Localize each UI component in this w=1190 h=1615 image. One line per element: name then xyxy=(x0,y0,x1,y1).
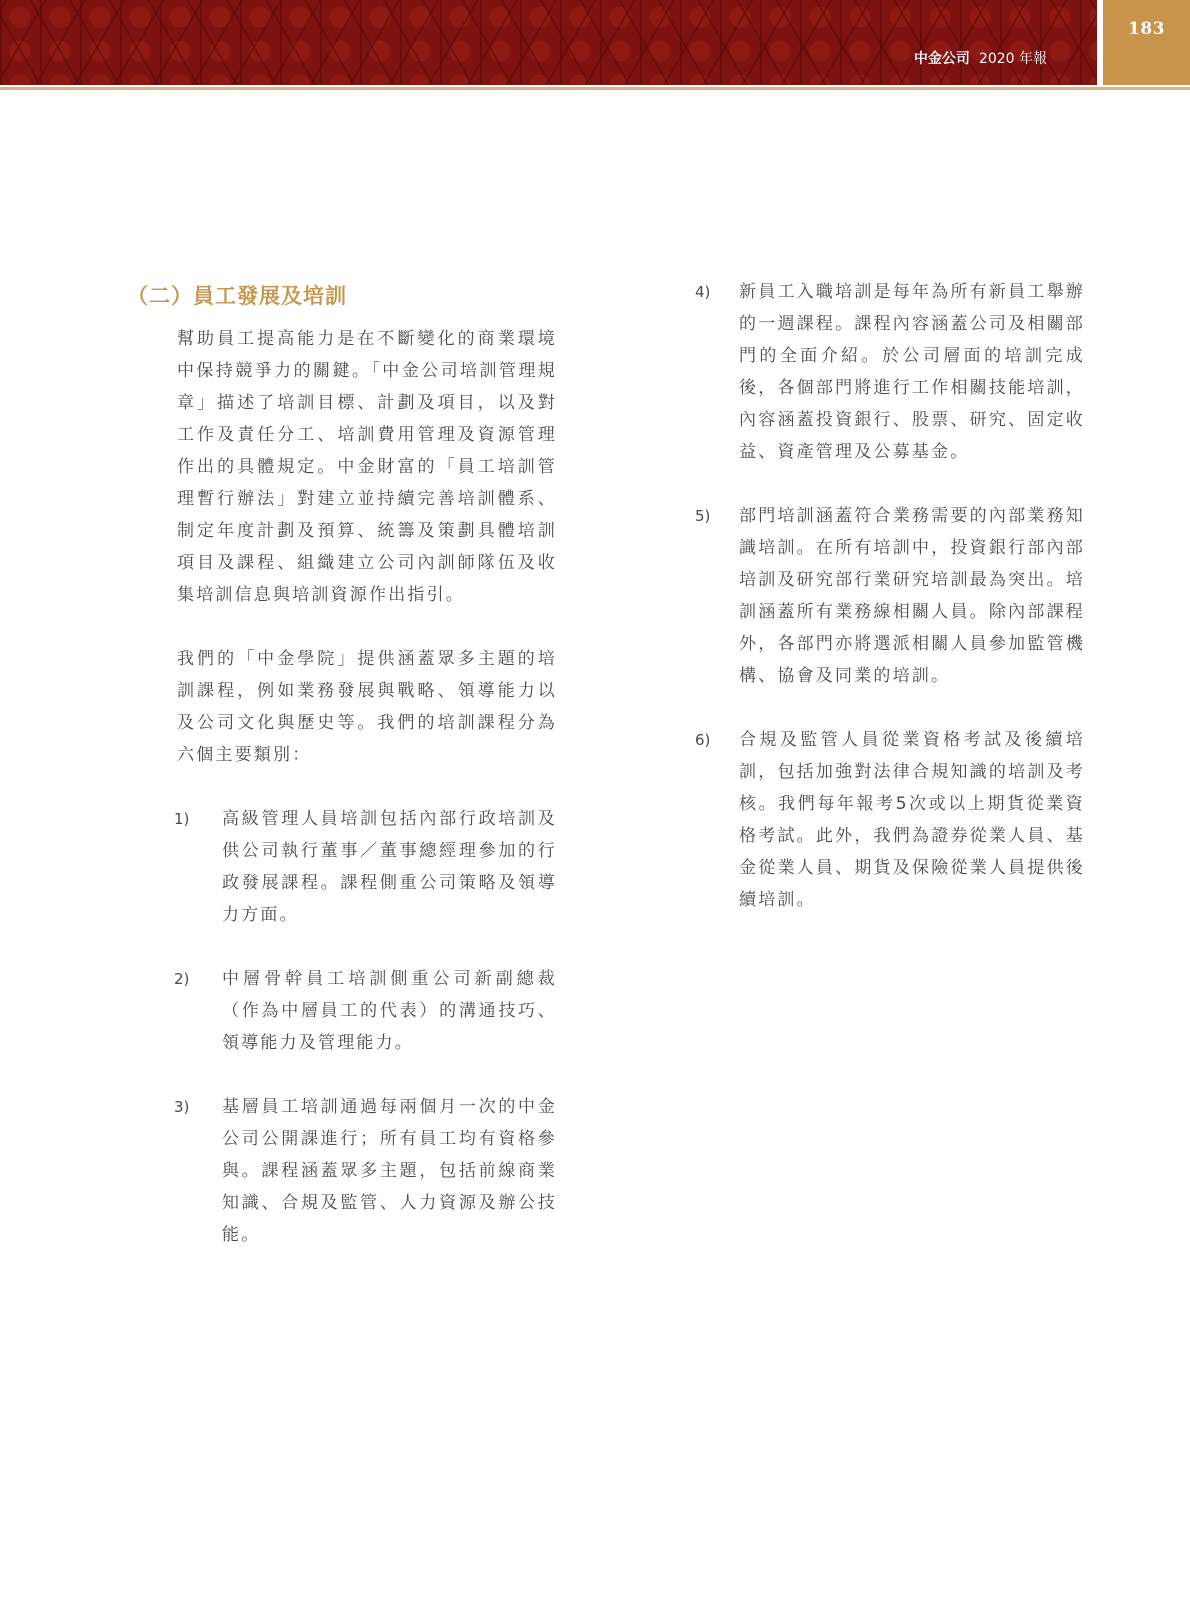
page-number: 183 xyxy=(1128,19,1165,39)
training-category-list: 1) 高級管理人員培訓包括內部行政培訓及供公司執行董事／董事總經理參加的行政發展… xyxy=(177,803,557,1251)
right-column: 4) 新員工入職培訓是每年為所有新員工舉辦的一週課程。課程內容涵蓋公司及相關部門… xyxy=(695,276,1085,916)
page-number-box: 183 xyxy=(1103,0,1190,85)
list-number: 2) xyxy=(174,963,189,995)
report-year: 2020 年報 xyxy=(979,51,1047,67)
decorative-header-band xyxy=(0,0,1097,85)
list-item: 2) 中層骨幹員工培訓側重公司新副總裁（作為中層員工的代表）的溝通技巧、領導能力… xyxy=(174,963,557,1059)
section-heading: （二）員工發展及培訓 xyxy=(127,280,347,310)
academy-paragraph: 我們的「中金學院」提供涵蓋眾多主題的培訓課程，例如業務發展與戰略、領導能力以及公… xyxy=(177,643,557,771)
list-number: 1) xyxy=(174,803,189,835)
list-text: 中層骨幹員工培訓側重公司新副總裁（作為中層員工的代表）的溝通技巧、領導能力及管理… xyxy=(222,969,557,1053)
list-text: 高級管理人員培訓包括內部行政培訓及供公司執行董事／董事總經理參加的行政發展課程。… xyxy=(222,809,557,925)
list-item: 1) 高級管理人員培訓包括內部行政培訓及供公司執行董事／董事總經理參加的行政發展… xyxy=(174,803,557,931)
list-number: 5) xyxy=(695,500,710,532)
list-number: 6) xyxy=(695,724,710,756)
company-name: 中金公司 xyxy=(914,51,970,67)
list-item: 4) 新員工入職培訓是每年為所有新員工舉辦的一週課程。課程內容涵蓋公司及相關部門… xyxy=(695,276,1085,468)
running-header: 中金公司2020 年報 xyxy=(914,48,1047,68)
left-column: 幫助員工提高能力是在不斷變化的商業環境中保持競爭力的關鍵。「中金公司培訓管理規章… xyxy=(177,323,557,1251)
list-item: 6) 合規及監管人員從業資格考試及後續培訓，包括加強對法律合規知識的培訓及考核。… xyxy=(695,724,1085,916)
list-item: 5) 部門培訓涵蓋符合業務需要的內部業務知識培訓。在所有培訓中，投資銀行部內部培… xyxy=(695,500,1085,692)
list-text: 合規及監管人員從業資格考試及後續培訓，包括加強對法律合規知識的培訓及考核。我們每… xyxy=(739,730,1085,910)
list-item: 3) 基層員工培訓通過每兩個月一次的中金公司公開課進行；所有員工均有資格參與。課… xyxy=(174,1091,557,1251)
header-gold-rule xyxy=(0,87,1190,90)
list-number: 4) xyxy=(695,276,710,308)
list-text: 部門培訓涵蓋符合業務需要的內部業務知識培訓。在所有培訓中，投資銀行部內部培訓及研… xyxy=(739,506,1085,686)
list-number: 3) xyxy=(174,1091,189,1123)
intro-paragraph: 幫助員工提高能力是在不斷變化的商業環境中保持競爭力的關鍵。「中金公司培訓管理規章… xyxy=(177,323,557,611)
list-text: 基層員工培訓通過每兩個月一次的中金公司公開課進行；所有員工均有資格參與。課程涵蓋… xyxy=(222,1097,557,1245)
list-text: 新員工入職培訓是每年為所有新員工舉辦的一週課程。課程內容涵蓋公司及相關部門的全面… xyxy=(739,282,1085,462)
